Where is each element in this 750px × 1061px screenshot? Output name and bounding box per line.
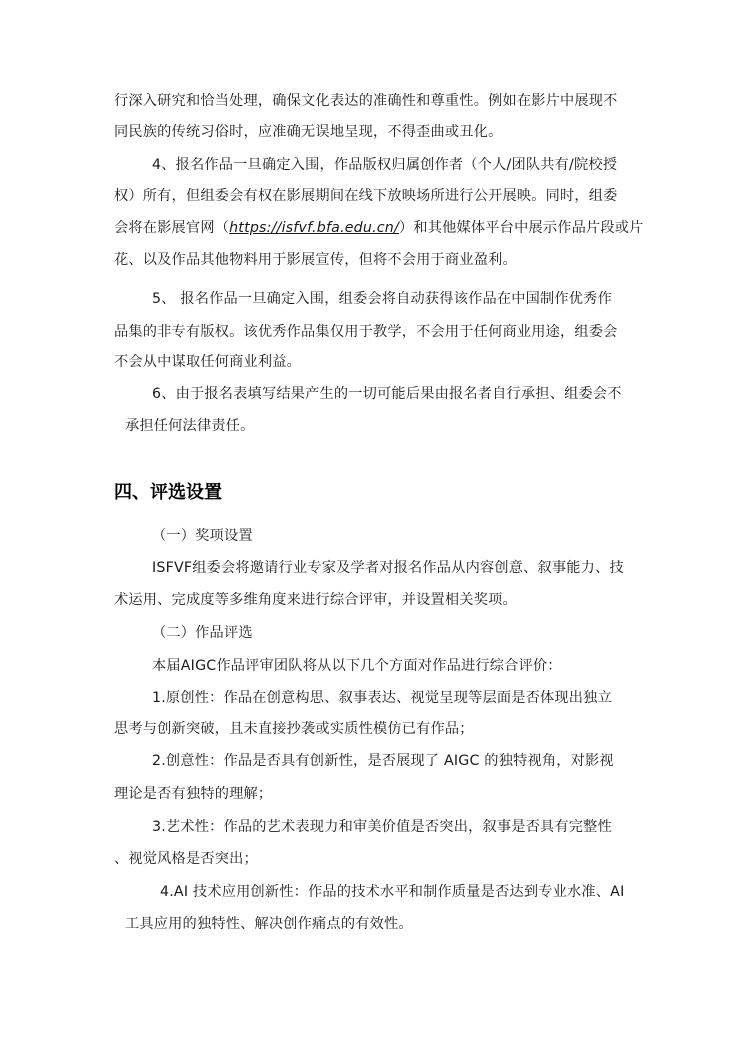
paragraph-line: 会将在影展官网（https://isfvf.bfa.edu.cn/）和其他媒体平… xyxy=(114,219,644,237)
criteria-line: 、视觉风格是否突出； xyxy=(114,850,258,868)
criteria-line: 2.创意性：作品是否具有创新性，是否展现了 AIGC 的独特视角，对影视 xyxy=(152,752,614,770)
website-link[interactable]: https://isfvf.bfa.edu.cn/ xyxy=(229,220,399,236)
paragraph-line: 4、报名作品一旦确定入围，作品版权归属创作者（个人/团队共有/院校授 xyxy=(152,156,617,174)
text-segment: 会将在影展官网（ xyxy=(114,220,229,236)
paragraph-line: 术运用、完成度等多维角度来进行综合评审，并设置相关奖项。 xyxy=(114,591,517,609)
paragraph-line: 本届AIGC作品评审团队将从以下几个方面对作品进行综合评价： xyxy=(152,657,562,675)
text-segment: ）和其他媒体平台中展示作品片段或片 xyxy=(399,220,644,236)
paragraph-line: 花、以及作品其他物料用于影展宣传，但将不会用于商业盈利。 xyxy=(114,251,517,269)
paragraph-line: 权）所有，但组委会有权在影展期间在线下放映场所进行公开展映。同时，组委 xyxy=(114,187,618,205)
paragraph-line: 承担任何法律责任。 xyxy=(125,417,255,435)
document-page: 行深入研究和恰当处理，确保文化表达的准确性和尊重性。例如在影片中展现不 同民族的… xyxy=(0,0,750,1061)
criteria-line: 1.原创性：作品在创意构思、叙事表达、视觉呈现等层面是否体现出独立 xyxy=(152,689,612,707)
paragraph-line: 同民族的传统习俗时，应准确无误地呈现，不得歪曲或丑化。 xyxy=(114,123,502,141)
paragraph-line: 6、由于报名表填写结果产生的一切可能后果由报名者自行承担、组委会不 xyxy=(152,385,622,403)
subsection-title: （一）奖项设置 xyxy=(152,527,253,545)
criteria-line: 思考与创新突破，且未直接抄袭或实质性模仿已有作品； xyxy=(114,720,474,738)
criteria-line: 工具应用的独特性、解决创作痛点的有效性。 xyxy=(125,915,413,933)
criteria-line: 4.AI 技术应用创新性：作品的技术水平和制作质量是否达到专业水准、AI xyxy=(160,883,624,901)
paragraph-line: 不会从中谋取任何商业利益。 xyxy=(114,353,301,371)
criteria-line: 3.艺术性：作品的艺术表现力和审美价值是否突出，叙事是否具有完整性 xyxy=(152,818,612,836)
subsection-title: （二）作品评选 xyxy=(152,624,253,642)
paragraph-line: 行深入研究和恰当处理，确保文化表达的准确性和尊重性。例如在影片中展现不 xyxy=(114,92,618,110)
paragraph-line: ISFVF组委会将邀请行业专家及学者对报名作品从内容创意、叙事能力、技 xyxy=(152,559,624,577)
paragraph-line: 5、 报名作品一旦确定入围，组委会将自动获得该作品在中国制作优秀作 xyxy=(152,290,612,308)
section-heading: 四、评选设置 xyxy=(114,482,222,504)
criteria-line: 理论是否有独特的理解； xyxy=(114,785,272,803)
paragraph-line: 品集的非专有版权。该优秀作品集仅用于教学，不会用于任何商业用途，组委会 xyxy=(114,323,618,341)
